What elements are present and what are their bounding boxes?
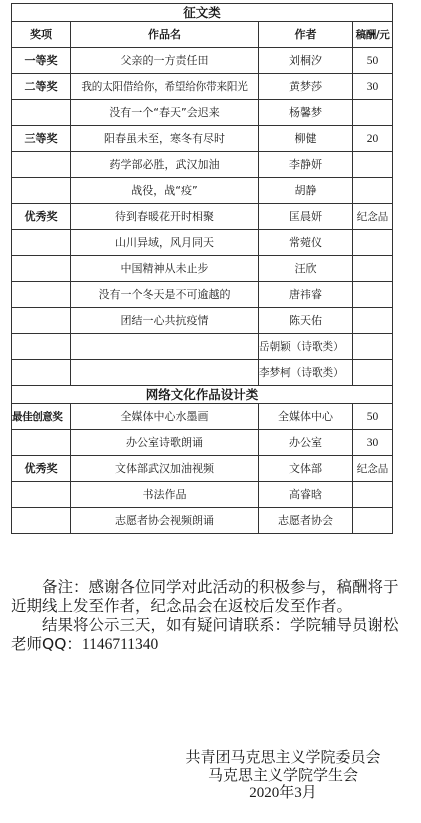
work-cell: 团结一心共抗疫情	[71, 308, 259, 334]
signature-org-2: 马克思主义学院学生会	[153, 766, 413, 784]
table-row: 山川异域，风月同天常菀仪	[12, 230, 393, 256]
award-cell	[12, 508, 71, 534]
table-row: 优秀奖文体部武汉加油视频文体部纪念品	[12, 456, 393, 482]
table-row: 二等奖我的太阳借给你，希望给你带来阳光黄梦莎30	[12, 74, 393, 100]
pay-cell: 纪念品	[353, 456, 393, 482]
table-row: 三等奖阳春虽未至，寒冬有尽时柳健20	[12, 126, 393, 152]
award-cell	[12, 178, 71, 204]
table-row: 办公室诗歌朗诵办公室30	[12, 430, 393, 456]
author-cell: 志愿者协会	[259, 508, 353, 534]
pay-cell	[353, 334, 393, 360]
table-row: 没有一个冬天是不可逾越的唐祎睿	[12, 282, 393, 308]
table-row: 药学部必胜，武汉加油李静妍	[12, 152, 393, 178]
author-cell: 高睿晗	[259, 482, 353, 508]
table-row: 最佳创意奖全媒体中心水墨画全媒体中心50	[12, 404, 393, 430]
award-cell	[12, 100, 71, 126]
work-cell: 没有一个冬天是不可逾越的	[71, 282, 259, 308]
author-cell: 胡静	[259, 178, 353, 204]
pay-cell	[353, 152, 393, 178]
signature-block: 共青团马克思主义学院委员会 马克思主义学院学生会 2020年3月	[153, 748, 413, 802]
author-cell: 岳朝颖（诗歌类）	[259, 334, 353, 360]
table-row: 李梦柯（诗歌类）	[12, 360, 393, 386]
author-cell: 常菀仪	[259, 230, 353, 256]
award-cell	[12, 152, 71, 178]
header-pay: 稿酬/元	[353, 22, 393, 48]
awards-table: 征文类 奖项 作品名 作者 稿酬/元 一等奖父亲的一方责任田刘桐汐50 二等奖我…	[11, 3, 393, 534]
award-cell	[12, 256, 71, 282]
author-cell: 唐祎睿	[259, 282, 353, 308]
table-row: 优秀奖待到春暖花开时相聚匡晨妍纪念品	[12, 204, 393, 230]
award-cell	[12, 430, 71, 456]
table-row: 团结一心共抗疫情陈天佑	[12, 308, 393, 334]
pay-cell	[353, 100, 393, 126]
table-row: 一等奖父亲的一方责任田刘桐汐50	[12, 48, 393, 74]
pay-cell: 30	[353, 74, 393, 100]
table-row: 战役，战“疫”胡静	[12, 178, 393, 204]
award-cell: 三等奖	[12, 126, 71, 152]
author-cell: 李静妍	[259, 152, 353, 178]
author-cell: 刘桐汐	[259, 48, 353, 74]
award-cell: 优秀奖	[12, 456, 71, 482]
pay-cell	[353, 230, 393, 256]
header-author: 作者	[259, 22, 353, 48]
notes-block: 备注：感谢各位同学对此活动的积极参与，稿酬将于近期线上发至作者，纪念品会在返校后…	[11, 578, 411, 654]
table-row: 岳朝颖（诗歌类）	[12, 334, 393, 360]
table-row: 书法作品高睿晗	[12, 482, 393, 508]
work-cell: 全媒体中心水墨画	[71, 404, 259, 430]
author-cell: 全媒体中心	[259, 404, 353, 430]
award-cell	[12, 334, 71, 360]
pay-cell	[353, 482, 393, 508]
author-cell: 陈天佑	[259, 308, 353, 334]
work-cell: 没有一个“春天”会迟来	[71, 100, 259, 126]
essay-section-title-row: 征文类	[12, 4, 393, 22]
pay-cell	[353, 256, 393, 282]
pay-cell: 纪念品	[353, 204, 393, 230]
pay-cell: 50	[353, 48, 393, 74]
web-section-title: 网络文化作品设计类	[12, 386, 393, 404]
award-cell: 优秀奖	[12, 204, 71, 230]
award-cell	[12, 282, 71, 308]
work-cell: 文体部武汉加油视频	[71, 456, 259, 482]
header-work: 作品名	[71, 22, 259, 48]
work-cell: 志愿者协会视频朗诵	[71, 508, 259, 534]
work-cell: 书法作品	[71, 482, 259, 508]
work-cell	[71, 360, 259, 386]
pay-cell	[353, 178, 393, 204]
work-cell: 我的太阳借给你，希望给你带来阳光	[71, 74, 259, 100]
pay-cell: 30	[353, 430, 393, 456]
table-row: 没有一个“春天”会迟来杨馨梦	[12, 100, 393, 126]
pay-cell	[353, 360, 393, 386]
notes-paragraph-thanks: 备注：感谢各位同学对此活动的积极参与，稿酬将于近期线上发至作者，纪念品会在返校后…	[11, 578, 411, 616]
pay-cell	[353, 282, 393, 308]
work-cell: 山川异域，风月同天	[71, 230, 259, 256]
table-row: 中国精神从未止步汪欣	[12, 256, 393, 282]
author-cell: 办公室	[259, 430, 353, 456]
award-cell	[12, 230, 71, 256]
work-cell: 阳春虽未至，寒冬有尽时	[71, 126, 259, 152]
work-cell: 父亲的一方责任田	[71, 48, 259, 74]
work-cell: 待到春暖花开时相聚	[71, 204, 259, 230]
award-cell: 二等奖	[12, 74, 71, 100]
author-cell: 杨馨梦	[259, 100, 353, 126]
author-cell: 汪欣	[259, 256, 353, 282]
work-cell: 药学部必胜，武汉加油	[71, 152, 259, 178]
signature-org-1: 共青团马克思主义学院委员会	[153, 748, 413, 766]
essay-section-title: 征文类	[12, 4, 393, 22]
work-cell: 办公室诗歌朗诵	[71, 430, 259, 456]
work-cell: 战役，战“疫”	[71, 178, 259, 204]
award-cell: 最佳创意奖	[12, 404, 71, 430]
award-cell: 一等奖	[12, 48, 71, 74]
pay-cell	[353, 508, 393, 534]
table-row: 志愿者协会视频朗诵志愿者协会	[12, 508, 393, 534]
award-cell	[12, 360, 71, 386]
pay-cell: 20	[353, 126, 393, 152]
work-cell	[71, 334, 259, 360]
author-cell: 文体部	[259, 456, 353, 482]
signature-date: 2020年3月	[153, 784, 413, 802]
award-cell	[12, 482, 71, 508]
author-cell: 匡晨妍	[259, 204, 353, 230]
award-cell	[12, 308, 71, 334]
column-header-row: 奖项 作品名 作者 稿酬/元	[12, 22, 393, 48]
notes-paragraph-contact: 结果将公示三天，如有疑问请联系：学院辅导员谢松老师QQ：1146711340	[11, 616, 411, 654]
pay-cell	[353, 308, 393, 334]
author-cell: 柳健	[259, 126, 353, 152]
work-cell: 中国精神从未止步	[71, 256, 259, 282]
pay-cell: 50	[353, 404, 393, 430]
author-cell: 李梦柯（诗歌类）	[259, 360, 353, 386]
author-cell: 黄梦莎	[259, 74, 353, 100]
web-section-title-row: 网络文化作品设计类	[12, 386, 393, 404]
contact-text: 结果将公示三天，如有疑问请联系：学院辅导员谢松老师QQ：	[11, 616, 399, 653]
header-award: 奖项	[12, 22, 71, 48]
qq-number: 1146711340	[82, 636, 158, 653]
